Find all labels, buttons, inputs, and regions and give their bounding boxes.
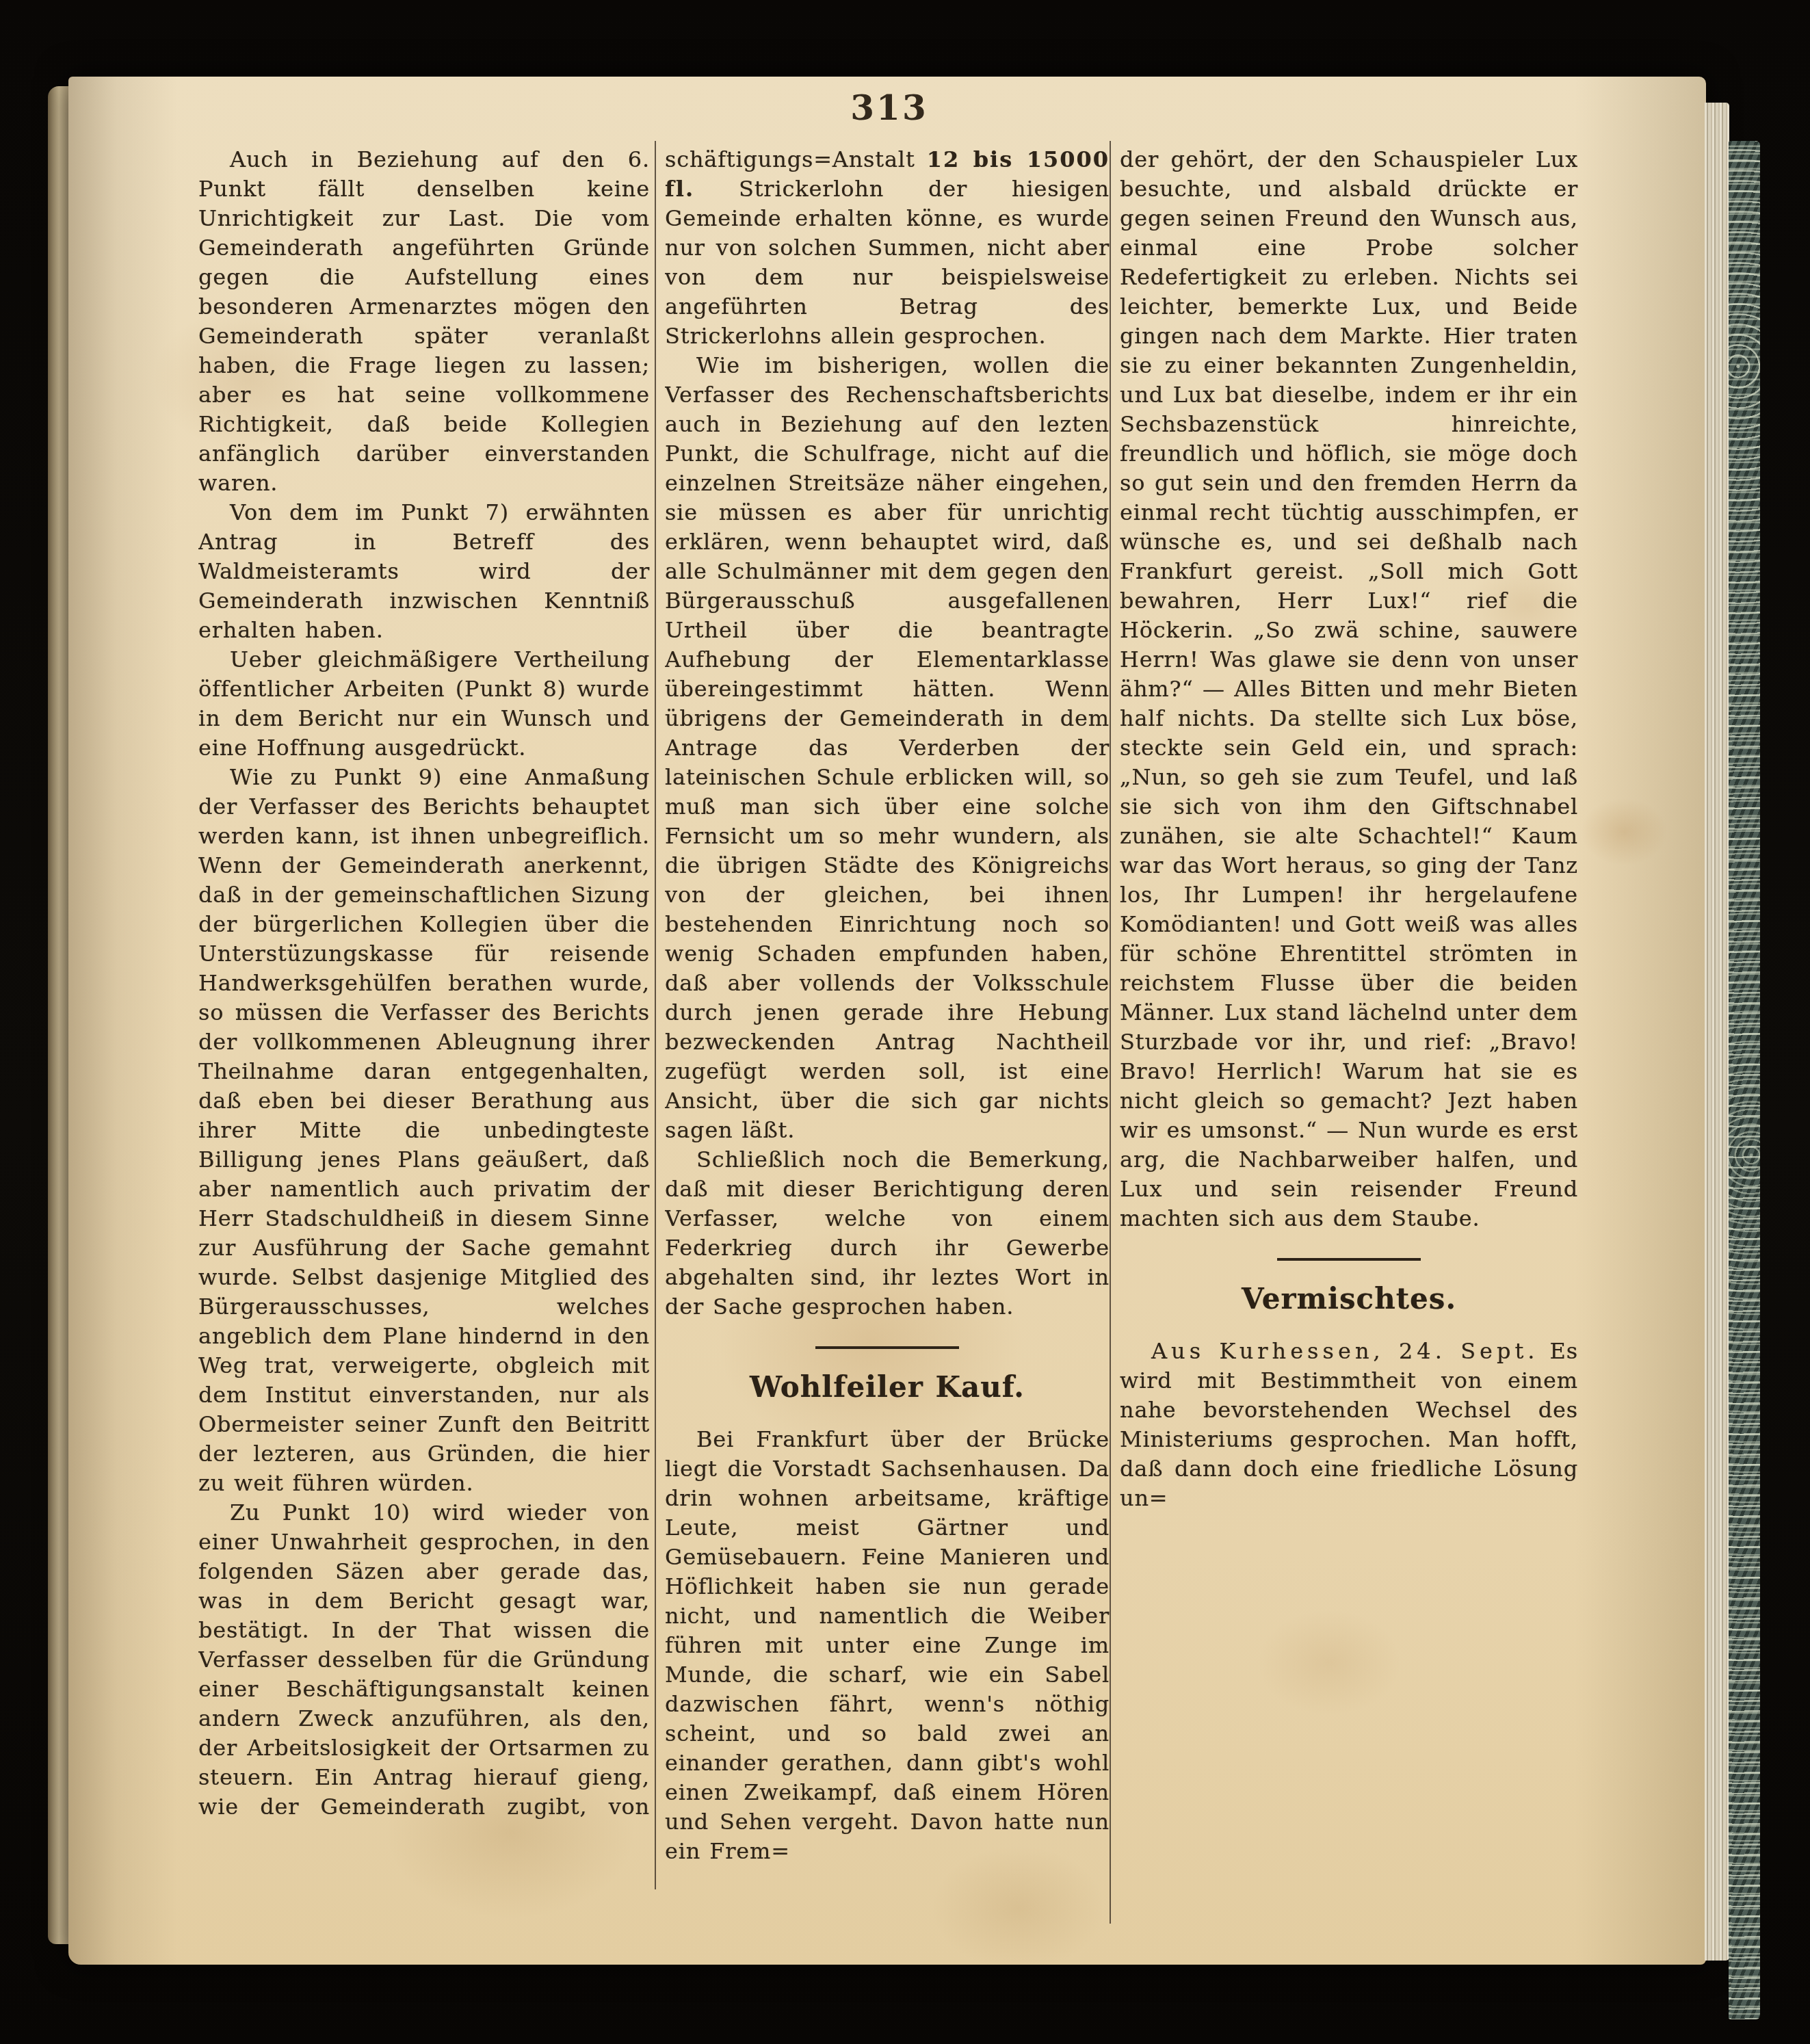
text-column-left: Auch in Beziehung auf den 6. Punkt fällt… [198,145,650,1824]
text-column-right: der gehört, der den Schauspieler Lux bes… [1120,145,1578,1896]
paragraph: Auch in Beziehung auf den 6. Punkt fällt… [198,145,650,498]
paragraph: Wie zu Punkt 9) eine Anmaßung der Verfas… [198,763,650,1498]
scan-background: 313 Auch in Beziehung auf den 6. Punkt f… [0,0,1810,2044]
paragraph: Schließlich noch die Bemerkung, daß mit … [665,1145,1110,1322]
book-cover-marbled-edge [1729,141,1760,2019]
paragraph-text: Strickerlohn der hiesigen Gemeinde erhal… [665,176,1110,349]
column-divider-rule [1110,141,1111,1924]
paragraph: Ueber gleichmäßigere Vertheilung öffentl… [198,645,650,763]
paragraph: Wie im bisherigen, wollen die Verfasser … [665,351,1110,1145]
paragraph: schäftigungs=Anstalt 12 bis 15000 fl. St… [665,145,1110,351]
section-divider [1277,1258,1421,1261]
column-divider-rule [655,141,656,1889]
text-block: Auch in Beziehung auf den 6. Punkt fällt… [198,145,1649,1937]
section-heading-wohlfeiler-kauf: Wohlfeiler Kauf. [665,1372,1110,1402]
page-edge-stack [1705,103,1729,1961]
page-number: 313 [198,88,1580,128]
paragraph: Bei Frankfurt über der Brücke liegt die … [665,1425,1110,1866]
paragraph: Zu Punkt 10) wird wieder von einer Unwah… [198,1498,650,1824]
dateline: Aus Kurhessen, 24. Sept. [1151,1338,1539,1364]
book-page: 313 Auch in Beziehung auf den 6. Punkt f… [68,77,1706,1965]
paragraph-text: schäftigungs=Anstalt [665,146,927,172]
section-divider [815,1346,959,1349]
paragraph: der gehört, der den Schauspieler Lux bes… [1120,145,1578,1233]
paragraph: Aus Kurhessen, 24. Sept. Es wird mit Bes… [1120,1337,1578,1513]
paragraph: Von dem im Punkt 7) erwähnten Antrag in … [198,498,650,645]
text-column-middle: schäftigungs=Anstalt 12 bis 15000 fl. St… [665,145,1110,1896]
section-heading-vermischtes: Vermischtes. [1120,1284,1578,1313]
